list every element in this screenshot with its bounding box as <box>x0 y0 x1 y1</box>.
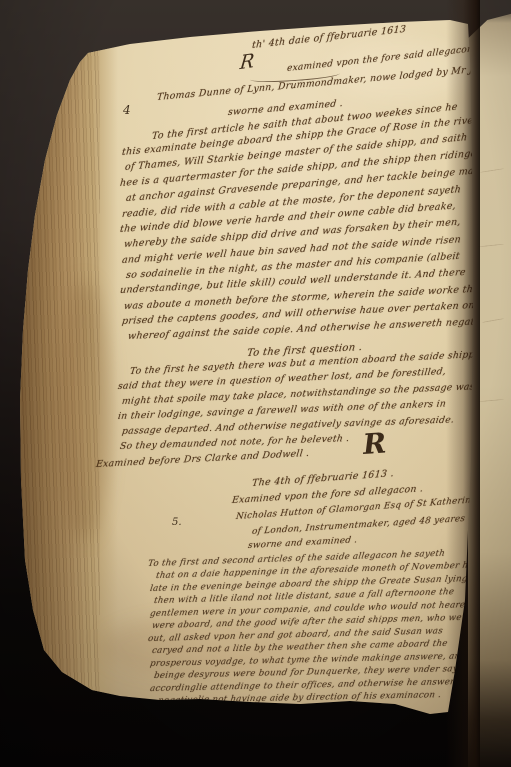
manuscript-photo: th' 4th daie of ffebruarie 1613 R examin… <box>0 0 511 767</box>
margin-number: 5. <box>172 517 182 528</box>
ghost-writing-mark <box>482 318 504 323</box>
margin-number: 4 <box>123 103 131 117</box>
manuscript-page: th' 4th daie of ffebruarie 1613 R examin… <box>0 0 511 767</box>
header-flourish-mark: R <box>239 50 256 75</box>
response-mark-r: R <box>362 426 388 461</box>
deponent-sworn-line: sworne and examined . <box>247 535 358 551</box>
ghost-writing-mark <box>478 244 504 248</box>
ghost-writing-mark <box>480 168 504 173</box>
ghost-writing-mark <box>479 399 504 402</box>
paper-stain <box>58 280 110 540</box>
gutter-shadow <box>446 0 480 767</box>
